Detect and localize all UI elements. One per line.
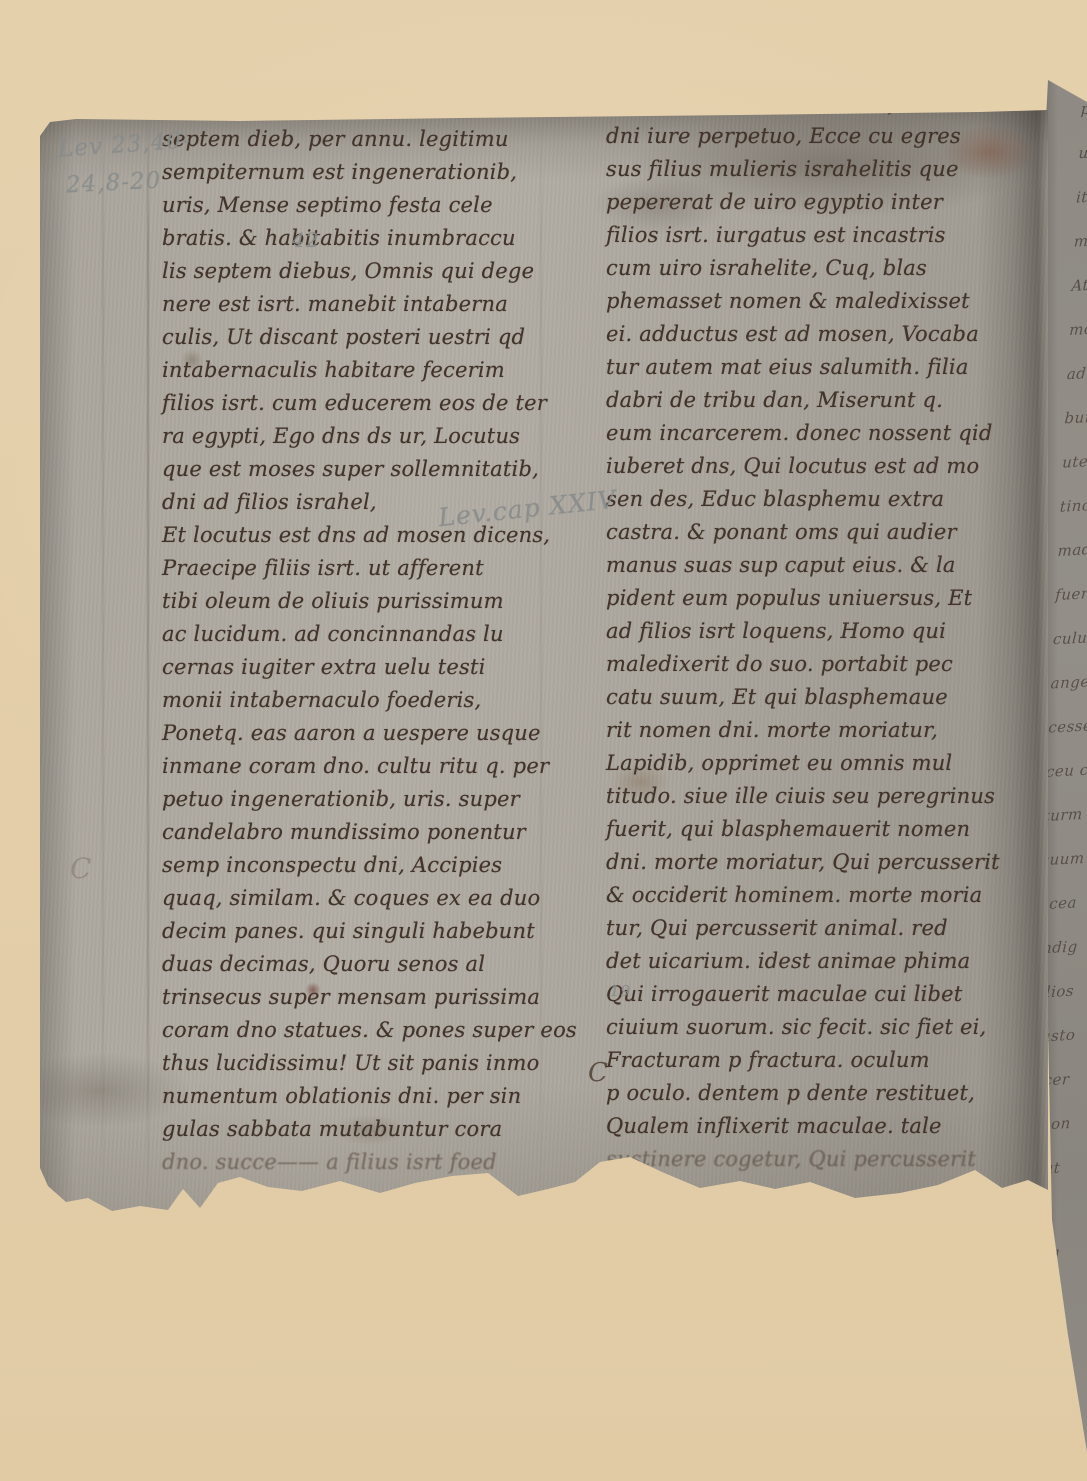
manuscript-text-line: thus lucidissimu! Ut sit panis inmo	[162, 1047, 610, 1080]
manuscript-text-line: Qui irrogauerit maculae cui libet	[606, 978, 1051, 1011]
folio-text-fragment: turm	[1043, 790, 1087, 838]
manuscript-text-line: bratis. & habitabitis inumbraccu	[162, 222, 610, 255]
manuscript-text-line: cernas iugiter extra uelu testi	[162, 651, 610, 684]
folio-text-fragment: utensili	[1061, 437, 1087, 485]
manuscript-text-line: que est moses super sollemnitatib,	[162, 453, 610, 486]
manuscript-text-line: Et locutus est dns ad mosen dicens,	[162, 519, 610, 552]
manuscript-text-line: sus filius mulieris israhelitis que	[606, 153, 1051, 186]
manuscript-text-line: ei. adductus est ad mosen, Vocaba	[606, 318, 1051, 351]
text-column-right: qui scm scorum e de sacrificiisdni iure …	[606, 87, 1051, 1176]
pencil-page-number: 42	[292, 228, 319, 252]
manuscript-text-line: Ponetq. eas aaron a uespere usque	[162, 717, 610, 750]
manuscript-text-line: Praecipe filiis isrt. ut afferent	[162, 552, 610, 585]
manuscript-text-line: & occiderit hominem. morte moria	[606, 879, 1051, 912]
manuscript-text-line: tur autem mat eius salumith. filia	[606, 351, 1051, 384]
manuscript-text-line: rit nomen dni. morte moriatur,	[606, 714, 1051, 747]
manuscript-text-line: quaq, similam. & coques ex ea duo	[162, 882, 610, 915]
folio-text-fragment: ceu co	[1045, 746, 1087, 794]
manuscript-text-line: filios isrt. iurgatus est incastris	[606, 219, 1051, 252]
manuscript-text-line: culis, Ut discant posteri uestri qd	[162, 321, 610, 354]
folio-text-fragment: fuerit.	[1054, 569, 1087, 617]
manuscript-text-line: uris, Mense septimo festa cele	[162, 189, 610, 222]
manuscript-text-line: iuberet dns, Qui locutus est ad mo	[606, 450, 1051, 483]
manuscript-text-line: sempiternum est ingenerationib,	[162, 156, 610, 189]
manuscript-text-line: filios isrt. cum educerem eos de ter	[162, 387, 610, 420]
manuscript-text-line: p oculo. dentem p dente restituet,	[606, 1077, 1051, 1110]
manuscript-text-line: duas decimas, Quoru senos al	[162, 948, 610, 981]
folio-text-fragment: cesserr	[1047, 702, 1087, 750]
manuscript-text-line: intabernaculis habitare fecerim	[162, 354, 610, 387]
manuscript-text-line: dni. morte moriatur, Qui percusserit	[606, 846, 1051, 879]
folio-text-fragment: um 7 ya	[1077, 128, 1087, 176]
manuscript-page: celebrabitis q. sollemnitatem eiusseptem…	[40, 110, 1048, 1215]
vertical-crease	[147, 110, 149, 1215]
folio-text-fragment: tino. ac	[1059, 481, 1087, 529]
manuscript-text-line: dni iure perpetuo, Ecce cu egres	[606, 120, 1051, 153]
paragraph-mark: C	[588, 1058, 608, 1088]
text-column-left: celebrabitis q. sollemnitatem eiusseptem…	[162, 90, 610, 1179]
manuscript-text-line: maledixerit do suo. portabit pec	[606, 648, 1051, 681]
manuscript-text-line: semp inconspectu dni, Accipies	[162, 849, 610, 882]
manuscript-text-line: catu suum, Et qui blasphemaue	[606, 681, 1051, 714]
folio-text-fragment: culum	[1052, 614, 1087, 662]
manuscript-text-line: titudo. siue ille ciuis seu peregrinus	[606, 780, 1051, 813]
folio-text-fragment: monii C	[1068, 304, 1087, 352]
manuscript-text-line: Fracturam p fractura. oculum	[606, 1044, 1051, 1077]
manuscript-text-line: manus suas sup caput eius. & la	[606, 549, 1051, 582]
manuscript-text-line: pident eum populus uniuersus, Et	[606, 582, 1051, 615]
manuscript-text-line: ra egypti, Ego dns ds ur, Locutus	[162, 420, 610, 453]
manuscript-text-line: petuo ingenerationib, uris. super	[162, 783, 610, 816]
manuscript-text-line: trinsecus super mensam purissima	[162, 981, 610, 1014]
manuscript-text-line: eum incarcerem. donec nossent qid	[606, 417, 1051, 450]
manuscript-text-line: sen des, Educ blasphemu extra	[606, 483, 1051, 516]
manuscript-text-line: dno. succe—— a filius isrt foed	[162, 1146, 610, 1179]
manuscript-text-line: dabri de tribu dan, Miserunt q.	[606, 384, 1051, 417]
folio-text-fragment: mum ec	[1073, 216, 1087, 264]
manuscript-text-line: coram dno statues. & pones super eos	[162, 1014, 610, 1047]
manuscript-text-line: monii intabernaculo foederis,	[162, 684, 610, 717]
folio-text-fragment: madub	[1056, 525, 1087, 573]
manuscript-text-line: det uicarium. idest animae phima	[606, 945, 1051, 978]
folio-text-fragment: itur nol	[1075, 172, 1087, 220]
manuscript-text-line: Lapidib, opprimet eu omnis mul	[606, 747, 1051, 780]
pencil-verse-number: 19	[610, 982, 631, 1000]
manuscript-text-line: castra. & ponant oms qui audier	[606, 516, 1051, 549]
manuscript-text-line: ac lucidum. ad concinnandas lu	[162, 618, 610, 651]
manuscript-text-line: ad filios isrt loquens, Homo qui	[606, 615, 1051, 648]
manuscript-text-line: candelabro mundissimo ponentur	[162, 816, 610, 849]
manuscript-text-line: nere est isrt. manebit intaberna	[162, 288, 610, 321]
folio-text-fragment: buni, T	[1063, 393, 1087, 441]
manuscript-text-line: inmane coram dno. cultu ritu q. per	[162, 750, 610, 783]
manuscript-text-line: gulas sabbata mutabuntur cora	[162, 1113, 610, 1146]
vertical-crease	[102, 110, 104, 1215]
manuscript-text-line: sustinere cogetur, Qui percusserit	[606, 1143, 1051, 1176]
manuscript-text-line: pepererat de uiro egyptio inter	[606, 186, 1051, 219]
manuscript-text-line: lis septem diebus, Omnis qui dege	[162, 255, 610, 288]
manuscript-text-line: phemasset nomen & maledixisset	[606, 285, 1051, 318]
left-margin-letter: C	[70, 852, 91, 885]
manuscript-text-line: ciuium suorum. sic fecit. sic fiet ei,	[606, 1011, 1051, 1044]
manuscript-text-line: tur, Qui percusserit animal. red	[606, 912, 1051, 945]
folio-text-fragment: Atue eo	[1070, 260, 1087, 308]
manuscript-text-line: Qualem inflixerit maculae. tale	[606, 1110, 1051, 1143]
folio-text-fragment: ad carm	[1066, 348, 1087, 396]
manuscript-text-line: decim panes. qui singuli habebunt	[162, 915, 610, 948]
manuscript-text-line: fuerit, qui blasphemauerit nomen	[606, 813, 1051, 846]
manuscript-text-line: septem dieb, per annu. legitimu	[162, 123, 610, 156]
manuscript-text-line: tibi oleum de oliuis purissimum	[162, 585, 610, 618]
manuscript-text-line: numentum oblationis dni. per sin	[162, 1080, 610, 1113]
pencil-reference-line2: 24,8-20	[65, 168, 161, 199]
folio-text-fragment: anger	[1050, 658, 1087, 706]
manuscript-text-line: cum uiro israhelite, Cuq, blas	[606, 252, 1051, 285]
